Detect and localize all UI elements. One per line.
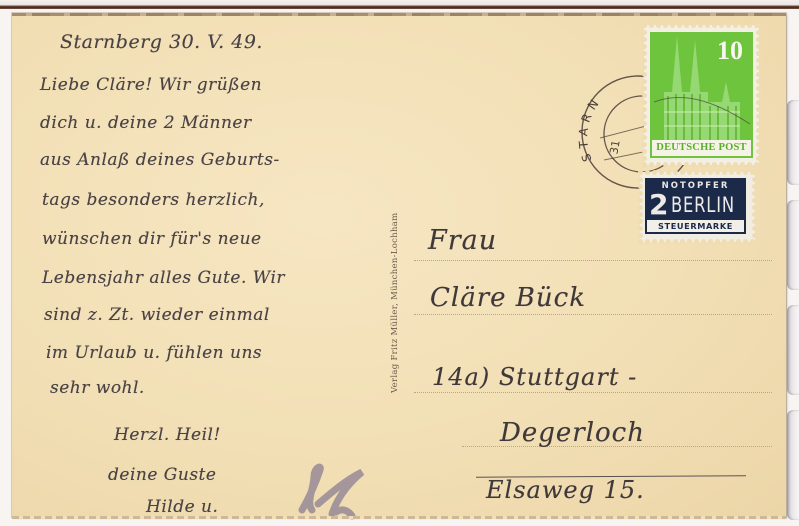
scanner-top-rim — [0, 0, 799, 9]
album-tab — [787, 410, 799, 520]
address-salutation: Frau — [428, 225, 497, 256]
message-line: sind z. Zt. wieder einmal — [44, 305, 270, 325]
stamp-value: 10 — [717, 36, 743, 66]
message-closing: Herzl. Heil! — [114, 425, 221, 445]
message-line: aus Anlaß deines Geburts- — [40, 150, 280, 170]
address-line — [414, 314, 772, 315]
album-page-tabs — [785, 60, 799, 520]
tax-stamp-label: STEUERMARKE — [647, 220, 744, 232]
album-tab — [787, 305, 799, 395]
album-tab — [787, 100, 799, 185]
address-line — [414, 260, 772, 261]
tax-stamp-value: 2 — [649, 191, 668, 219]
tax-stamp-face: NOTOPFER 2 BERLIN STEUERMARKE — [645, 178, 746, 234]
address-city: 14a) Stuttgart - — [432, 363, 637, 391]
address-district: Degerloch — [500, 418, 645, 448]
address-line — [414, 392, 772, 393]
message-line: im Urlaub u. fühlen uns — [46, 343, 262, 363]
postmark-date: 31 — [607, 139, 622, 155]
message-line: sehr wohl. — [50, 378, 145, 398]
pencil-mark-icon — [292, 462, 372, 522]
message-place-date: Starnberg 30. V. 49. — [60, 31, 263, 53]
message-line: Liebe Cläre! Wir grüßen — [40, 75, 262, 95]
postmark-town: STARN — [576, 93, 604, 163]
address-street: Elsaweg 15. — [486, 476, 645, 504]
message-line: Lebensjahr alles Gute. Wir — [42, 268, 285, 288]
message-line: wünschen dir für's neue — [42, 229, 262, 249]
message-line: dich u. deine 2 Männer — [40, 113, 252, 133]
album-tab — [787, 200, 799, 290]
publisher-imprint: Verlag Fritz Müller, München-Lochham — [390, 213, 400, 394]
message-line: tags besonders herzlich, — [42, 190, 265, 210]
message-signature: deine Guste — [108, 465, 216, 485]
stamp-face: 10 DEUTSCHE POST — [650, 32, 753, 158]
address-name: Cläre Bück — [430, 283, 586, 313]
postage-stamp: 10 DEUTSCHE POST — [644, 25, 759, 165]
stamp-inscription: DEUTSCHE POST — [652, 140, 751, 156]
message-signature: Hilde u. — [146, 497, 218, 517]
tax-stamp-city: BERLIN — [671, 193, 735, 217]
notopfer-berlin-stamp: NOTOPFER 2 BERLIN STEUERMARKE — [640, 172, 755, 242]
svg-text:STARN: STARN — [576, 93, 604, 163]
